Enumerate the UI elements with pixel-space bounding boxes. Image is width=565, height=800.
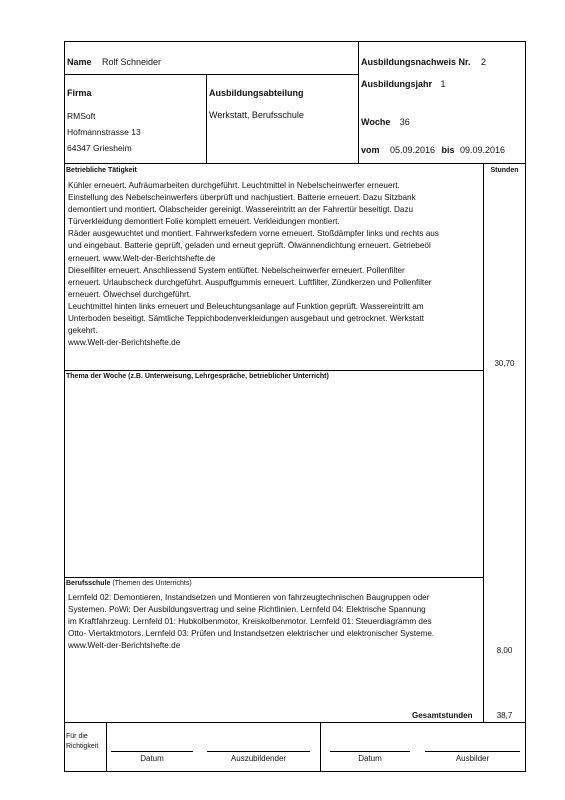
frame-left <box>64 41 65 772</box>
betrieb-text-line: und eingebaut. Batterie geprüft, geladen… <box>68 240 439 252</box>
trainee-date-caption: Datum <box>111 754 193 763</box>
woche-field: Woche 36 <box>361 112 410 130</box>
header-bottom <box>64 163 526 164</box>
trainer-signature-line[interactable] <box>425 751 520 752</box>
header-right-divider <box>358 41 359 163</box>
frame-right <box>525 41 526 772</box>
schule-text-line: Systemen. PoWi: Der Ausbildungsvertrag u… <box>68 604 434 616</box>
thema-bottom <box>64 577 483 578</box>
firma-line-2[interactable]: Hofmannstrasse 13 <box>67 127 141 137</box>
abteilung-value[interactable]: Werkstatt, Berufsschule <box>209 110 304 120</box>
trainee-signature-line[interactable] <box>207 751 310 752</box>
betrieb-text-line: erneuert. www.Welt-der-Berichtshefte.de <box>68 253 439 265</box>
total-bottom <box>64 722 526 723</box>
bis-label: bis <box>441 145 454 155</box>
thema-text-area[interactable] <box>66 384 481 574</box>
betrieb-text-line: Leuchtmittel hinten links erneuert und B… <box>68 301 439 313</box>
frame-top <box>64 41 526 42</box>
signature-middle-divider <box>320 722 321 771</box>
betrieb-text-line: Unterboden beseitigt. Sämtliche Teppichb… <box>68 313 439 325</box>
trainee-signature-caption: Auszubildender <box>207 754 310 763</box>
vom-label: vom <box>361 145 380 155</box>
betrieb-text-line: Dieselfilter erneuert. Anschliessend Sys… <box>68 265 439 277</box>
schule-title-bold: Berufsschule <box>66 580 110 587</box>
betrieb-text-line: Türverkleidung demontiert Folie komplett… <box>68 216 439 228</box>
name-label: Name <box>67 57 92 67</box>
betrieb-text-line: gekehrt. <box>68 325 439 337</box>
period-field: vom 05.09.2016 bis 09.09.2016 <box>361 140 505 158</box>
schule-text-line: im Kraftfahrzeug. Lernfeld 01: Hubkolben… <box>68 616 434 628</box>
name-row-divider <box>64 74 358 75</box>
woche-label: Woche <box>361 117 390 127</box>
betrieb-text-line: erneuert. Urlaubscheck durchgeführt. Aus… <box>68 277 439 289</box>
betrieb-text-line: Räder ausgewuchtet und montiert. Fahrwer… <box>68 228 439 240</box>
schule-hours[interactable]: 8,00 <box>486 646 523 655</box>
stunden-label: Stunden <box>486 167 523 174</box>
nachweis-label: Ausbildungsnachweis Nr. <box>361 57 471 67</box>
jahr-field: Ausbildungsjahr 1 <box>361 74 445 92</box>
betrieb-text-line: Kühler erneuert. Aufräumarbeiten durchge… <box>68 180 439 192</box>
signature-label-line1: Für die <box>66 732 98 742</box>
abteilung-label: Ausbildungsabteilung <box>209 88 304 98</box>
firma-divider <box>206 74 207 163</box>
signature-label-line2: Richtigkeit <box>66 742 98 752</box>
total-value[interactable]: 38,7 <box>486 711 523 720</box>
stunden-column-divider <box>483 163 484 723</box>
frame-bottom <box>64 771 526 772</box>
trainer-signature-caption: Ausbilder <box>425 754 520 763</box>
betrieb-bottom <box>64 370 483 371</box>
betrieb-hours[interactable]: 30,70 <box>486 359 523 368</box>
trainee-date-line[interactable] <box>111 751 193 752</box>
jahr-value[interactable]: 1 <box>440 79 445 89</box>
vom-value[interactable]: 05.09.2016 <box>390 145 435 155</box>
nachweis-value[interactable]: 2 <box>481 57 486 67</box>
trainer-date-caption: Datum <box>330 754 410 763</box>
thema-title: Thema der Woche (z.B. Unterweisung, Lehr… <box>66 373 329 380</box>
betrieb-title: Betriebliche Tätigkeit <box>66 167 137 174</box>
woche-value[interactable]: 36 <box>400 117 410 127</box>
schule-title: Berufsschule (Themen des Unterrichts) <box>66 580 192 587</box>
schule-text-line: Lernfeld 02: Demontieren, Instandsetzen … <box>68 592 434 604</box>
firma-line-3[interactable]: 64347 Griesheim <box>67 143 132 153</box>
firma-line-1[interactable]: RMSoft <box>67 111 95 121</box>
jahr-label: Ausbildungsjahr <box>361 79 432 89</box>
betrieb-text-line: demontiert und montiert. Ölabscheider ge… <box>68 204 439 216</box>
name-value[interactable]: Rolf Schneider <box>102 57 161 67</box>
betrieb-text-line: www.Welt-der-Berichtshefte.de <box>68 337 439 349</box>
betrieb-text[interactable]: Kühler erneuert. Aufräumarbeiten durchge… <box>68 180 439 349</box>
signature-label: Für die Richtigkeit <box>66 732 98 752</box>
trainer-date-line[interactable] <box>330 751 410 752</box>
signature-label-divider <box>106 722 107 771</box>
nachweis-field: Ausbildungsnachweis Nr. 2 <box>361 52 486 70</box>
schule-text-line: www.Welt-der-Berichtshefte.de <box>68 640 434 652</box>
betrieb-text-line: Einstellung des Nebelscheinwerfers überp… <box>68 192 439 204</box>
betrieb-text-line: erneuert. Ölwechsel durchgeführt. <box>68 289 439 301</box>
schule-title-rest: (Themen des Unterrichts) <box>112 580 191 587</box>
total-label: Gesamtstunden <box>412 711 472 720</box>
schule-text[interactable]: Lernfeld 02: Demontieren, Instandsetzen … <box>68 592 434 652</box>
firma-label: Firma <box>67 88 92 98</box>
bis-value[interactable]: 09.09.2016 <box>460 145 505 155</box>
schule-text-line: Otto- Viertaktmotors. Lernfeld 03: Prüfe… <box>68 628 434 640</box>
name-field: Name Rolf Schneider <box>67 52 161 70</box>
